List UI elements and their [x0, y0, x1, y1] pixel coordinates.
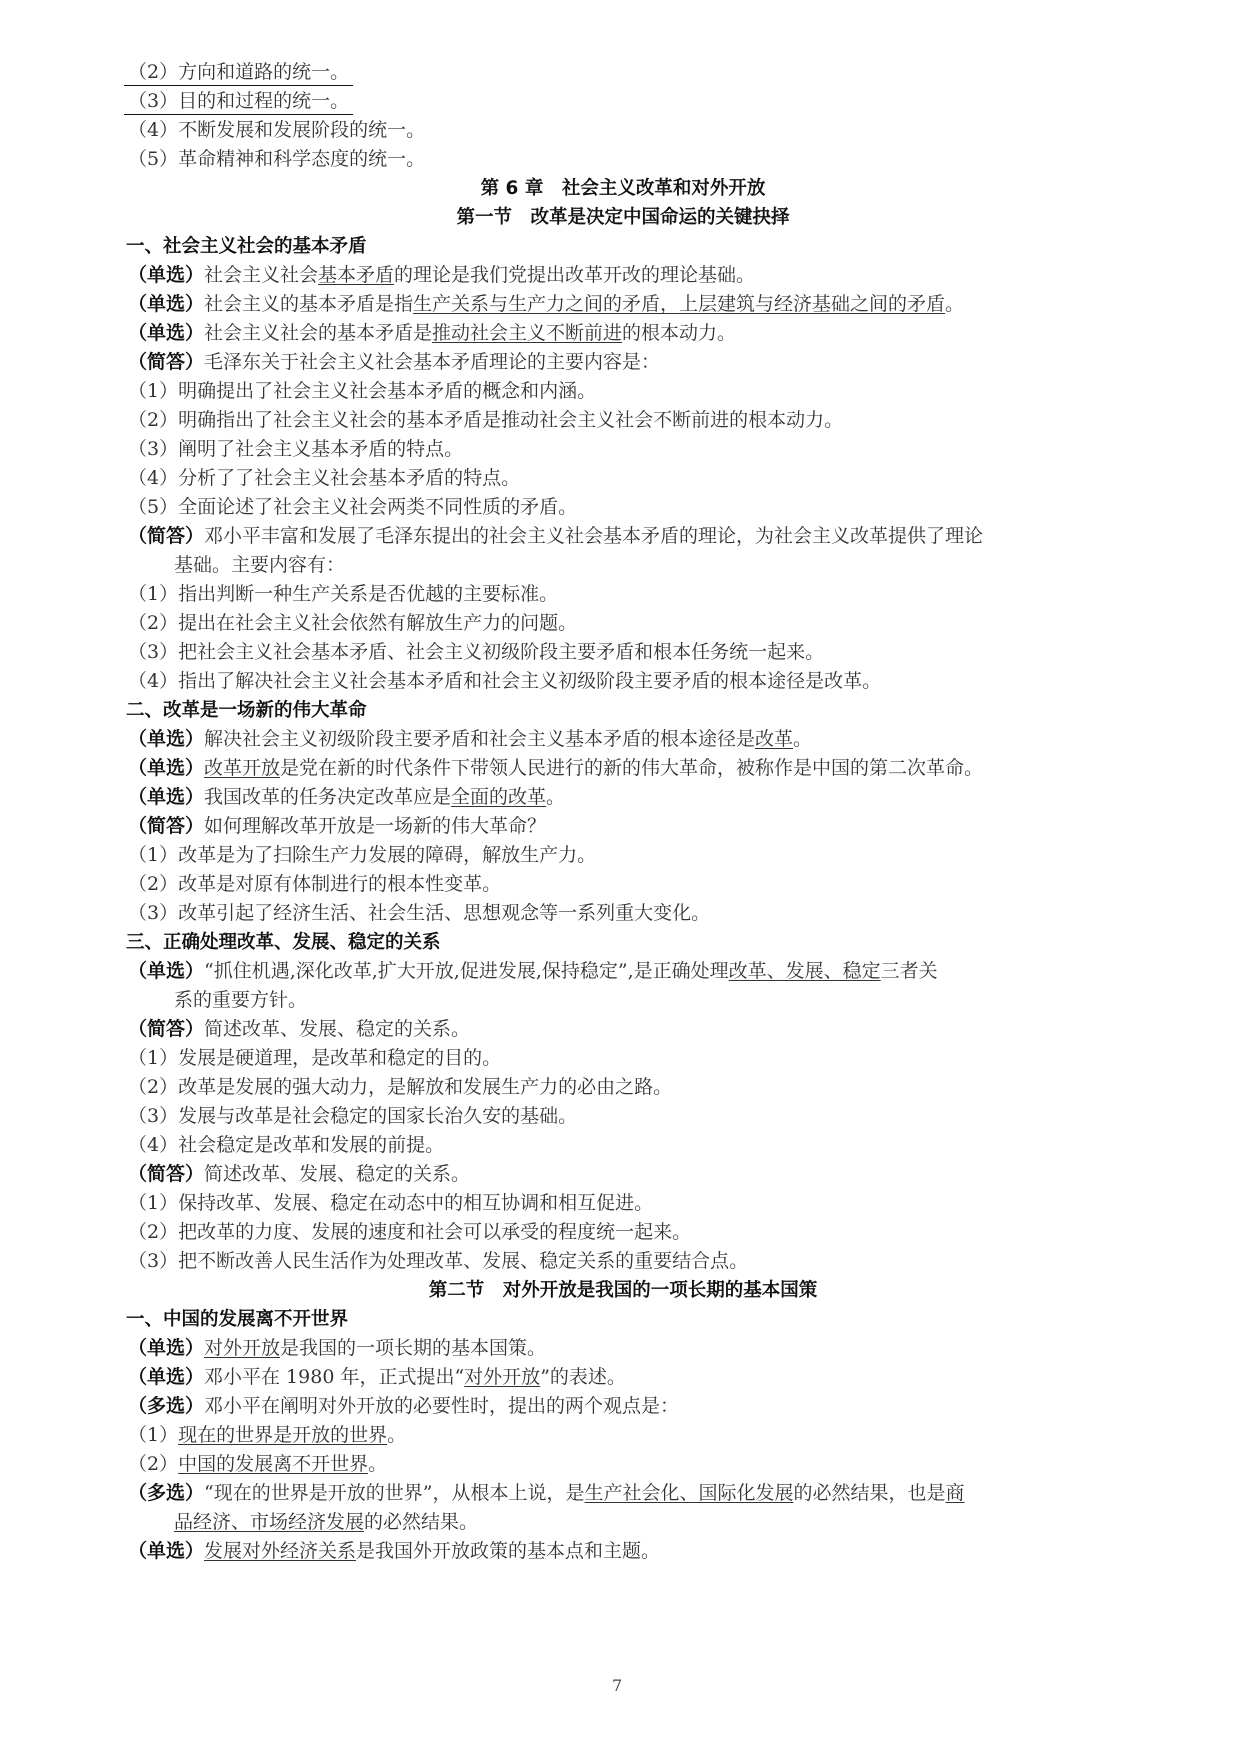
section-title: 第一节 改革是决定中国命运的关键抉择 [128, 203, 1118, 232]
document-page: （2）方向和道路的统一。 （3）目的和过程的统一。 （4）不断发展和发展阶段的统… [128, 58, 1118, 1566]
answer-key: 基本矛盾 [318, 264, 394, 286]
question: （单选）社会主义的基本矛盾是指生产关系与生产力之间的矛盾，上层建筑与经济基础之间… [128, 290, 1118, 319]
question: （简答）邓小平丰富和发展了毛泽东提出的社会主义社会基本矛盾的理论，为社会主义改革… [128, 522, 1118, 551]
question: （单选）解决社会主义初级阶段主要矛盾和社会主义基本矛盾的根本途径是改革。 [128, 725, 1118, 754]
list-item: （1）明确提出了社会主义社会基本矛盾的概念和内涵。 [128, 377, 1118, 406]
answer-key: 改革 [755, 728, 793, 750]
list-item: （4）指出了解决社会主义社会基本矛盾和社会主义初级阶段主要矛盾的根本途径是改革。 [128, 667, 1118, 696]
question-continuation: 基础。主要内容有： [128, 551, 1118, 580]
answer-key: 生产社会化、国际化发展 [584, 1482, 793, 1504]
question-type-tag: （简答） [128, 1018, 204, 1040]
question: （单选）改革开放是党在新的时代条件下带领人民进行的新的伟大革命，被称作是中国的第… [128, 754, 1118, 783]
section-title: 第二节 对外开放是我国的一项长期的基本国策 [128, 1276, 1118, 1305]
list-item: （3）阐明了社会主义基本矛盾的特点。 [128, 435, 1118, 464]
list-item: （3）把社会主义社会基本矛盾、社会主义初级阶段主要矛盾和根本任务统一起来。 [128, 638, 1118, 667]
list-item: （2）提出在社会主义社会依然有解放生产力的问题。 [128, 609, 1118, 638]
list-item: （5）革命精神和科学态度的统一。 [128, 145, 1118, 174]
answer-key: 改革、发展、稳定 [729, 960, 881, 982]
question-type-tag: （单选） [128, 757, 204, 779]
list-item: （1）现在的世界是开放的世界。 [128, 1421, 1118, 1450]
answer-key: 商 [945, 1482, 964, 1504]
question-type-tag: （单选） [128, 293, 204, 315]
list-item: （2）明确指出了社会主义社会的基本矛盾是推动社会主义社会不断前进的根本动力。 [128, 406, 1118, 435]
list-item: （5）全面论述了社会主义社会两类不同性质的矛盾。 [128, 493, 1118, 522]
question-type-tag: （单选） [128, 960, 204, 982]
answer-key: 现在的世界是开放的世界 [178, 1424, 387, 1446]
question-type-tag: （简答） [128, 525, 204, 547]
answer-key: 对外开放 [464, 1366, 540, 1388]
question-type-tag: （简答） [128, 815, 204, 837]
list-item: （3）把不断改善人民生活作为处理改革、发展、稳定关系的重要结合点。 [128, 1247, 1118, 1276]
question: （单选）邓小平在 1980 年，正式提出“对外开放”的表述。 [128, 1363, 1118, 1392]
question-type-tag: （单选） [128, 728, 204, 750]
question: （单选）“抓住机遇,深化改革,扩大开放,促进发展,保持稳定”,是正确处理改革、发… [128, 957, 1118, 986]
question-type-tag: （单选） [128, 322, 204, 344]
list-item: （4）分析了了社会主义社会基本矛盾的特点。 [128, 464, 1118, 493]
subsection-heading: 三、正确处理改革、发展、稳定的关系 [126, 928, 1118, 957]
question: （简答）毛泽东关于社会主义社会基本矛盾理论的主要内容是： [128, 348, 1118, 377]
list-item: （3）改革引起了经济生活、社会生活、思想观念等一系列重大变化。 [128, 899, 1118, 928]
question-type-tag: （单选） [128, 1366, 204, 1388]
answer-key: 发展对外经济关系 [204, 1540, 356, 1562]
answer-key: 中国的发展离不开世界 [178, 1453, 368, 1475]
question: （单选）对外开放是我国的一项长期的基本国策。 [128, 1334, 1118, 1363]
list-item: （3）发展与改革是社会稳定的国家长治久安的基础。 [128, 1102, 1118, 1131]
question: （单选）我国改革的任务决定改革应是全面的改革。 [128, 783, 1118, 812]
list-item: （3）目的和过程的统一。 [128, 87, 1118, 116]
list-item: （2）中国的发展离不开世界。 [128, 1450, 1118, 1479]
subsection-heading: 一、中国的发展离不开世界 [126, 1305, 1118, 1334]
answer-key: 生产关系与生产力之间的矛盾，上层建筑与经济基础之间的矛盾 [413, 293, 945, 315]
list-item: （2）改革是发展的强大动力，是解放和发展生产力的必由之路。 [128, 1073, 1118, 1102]
question: （多选）邓小平在阐明对外开放的必要性时，提出的两个观点是： [128, 1392, 1118, 1421]
list-item: （2）改革是对原有体制进行的根本性变革。 [128, 870, 1118, 899]
answer-key: 推动社会主义不断前进 [432, 322, 622, 344]
list-item: （1）保持改革、发展、稳定在动态中的相互协调和相互促进。 [128, 1189, 1118, 1218]
answer-key: 改革开放 [204, 757, 280, 779]
question-type-tag: （单选） [128, 264, 204, 286]
question: （单选）社会主义社会基本矛盾的理论是我们党提出改革开改的理论基础。 [128, 261, 1118, 290]
question: （单选）社会主义社会的基本矛盾是推动社会主义不断前进的根本动力。 [128, 319, 1118, 348]
question-type-tag: （简答） [128, 1163, 204, 1185]
list-item: （1）发展是硬道理，是改革和稳定的目的。 [128, 1044, 1118, 1073]
answer-key: 对外开放 [204, 1337, 280, 1359]
chapter-title: 第 6 章 社会主义改革和对外开放 [128, 174, 1118, 203]
question-type-tag: （单选） [128, 1337, 204, 1359]
question-type-tag: （多选） [128, 1395, 204, 1417]
question: （单选）发展对外经济关系是我国外开放政策的基本点和主题。 [128, 1537, 1118, 1566]
question-type-tag: （单选） [128, 786, 204, 808]
answer-key: 品经济、市场经济发展 [174, 1511, 364, 1533]
answer-key: 全面的改革 [451, 786, 546, 808]
list-item: （1）改革是为了扫除生产力发展的障碍，解放生产力。 [128, 841, 1118, 870]
question-continuation: 品经济、市场经济发展的必然结果。 [128, 1508, 1118, 1537]
question: （简答）简述改革、发展、稳定的关系。 [128, 1160, 1118, 1189]
subsection-heading: 一、社会主义社会的基本矛盾 [126, 232, 1118, 261]
question: （简答）如何理解改革开放是一场新的伟大革命？ [128, 812, 1118, 841]
list-item: （2）方向和道路的统一。 [128, 58, 1118, 87]
list-item: （2）把改革的力度、发展的速度和社会可以承受的程度统一起来。 [128, 1218, 1118, 1247]
page-number: 7 [612, 1676, 622, 1695]
question: （简答）简述改革、发展、稳定的关系。 [128, 1015, 1118, 1044]
list-item: （1）指出判断一种生产关系是否优越的主要标准。 [128, 580, 1118, 609]
question-type-tag: （单选） [128, 1540, 204, 1562]
subsection-heading: 二、改革是一场新的伟大革命 [126, 696, 1118, 725]
list-item: （4）不断发展和发展阶段的统一。 [128, 116, 1118, 145]
question: （多选）“现在的世界是开放的世界”，从根本上说，是生产社会化、国际化发展的必然结… [128, 1479, 1118, 1508]
question-continuation: 系的重要方针。 [128, 986, 1118, 1015]
question-type-tag: （多选） [128, 1482, 204, 1504]
list-item: （4）社会稳定是改革和发展的前提。 [128, 1131, 1118, 1160]
question-type-tag: （简答） [128, 351, 204, 373]
